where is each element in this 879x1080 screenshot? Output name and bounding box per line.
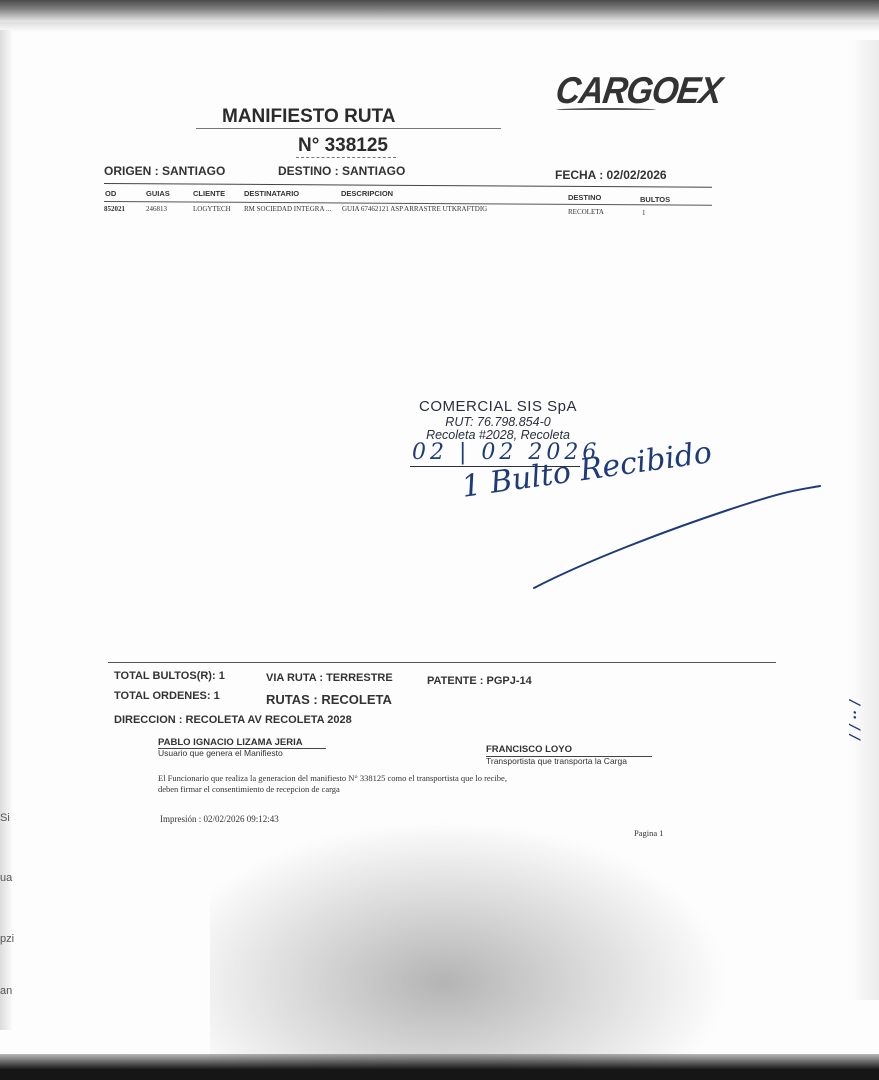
patente: PATENTE : PGPJ-14 [427,675,532,687]
issuer-name: PABLO IGNACIO LIZAMA JERIA [158,737,303,748]
total-ordenes: TOTAL ORDENES: 1 [114,690,220,702]
stamp-company: COMERCIAL SIS SpA [408,398,588,415]
stamp-rut: RUT: 76.798.854-0 [408,415,588,429]
column-header-od: OD [105,189,116,198]
total-bultos: TOTAL BULTOS(R): 1 [114,670,225,682]
scan-bottom-shadow [0,1054,879,1080]
margin-fragment: ua [0,872,12,884]
column-header-destinatario: DESTINATARIO [244,189,299,198]
column-header-guias: GUIAS [146,189,170,198]
print-timestamp: Impresión : 02/02/2026 09:12:43 [160,814,279,824]
toner-smudge [210,820,730,1070]
carrier-name: FRANCISCO LOYO [486,744,572,755]
origin-field: ORIGEN : SANTIAGO [104,164,225,178]
legal-notice: El Funcionario que realiza la generacion… [158,773,507,795]
reception-stamp: COMERCIAL SIS SpA RUT: 76.798.854-0 Reco… [408,398,588,442]
cargoex-logo: CARGOEX [553,70,724,113]
destination-field: DESTINO : SANTIAGO [278,164,405,178]
margin-fragment: pzi [0,933,14,945]
scanned-page: Si ua pzi an CARGOEX MANIFIESTO RUTA N° … [0,0,879,1080]
cell-od: 852021 [104,205,125,213]
page-number: Pagina 1 [634,828,664,838]
paper-right-edge [849,40,879,1000]
legal-notice-line: deben firmar el consentimiento de recepc… [158,784,507,795]
title-divider [196,128,501,129]
document-title: MANIFIESTO RUTA [222,106,395,128]
direccion: DIRECCION : RECOLETA AV RECOLETA 2028 [114,714,352,726]
side-handwriting-mark: / ·· / / [846,700,862,740]
number-divider [296,157,396,158]
margin-fragment: Si [0,812,10,824]
cell-cliente: LOGYTECH [193,205,231,213]
cell-destino: RECOLETA [568,208,604,216]
column-header-bultos: BULTOS [640,195,670,204]
column-header-destino: DESTINO [568,193,601,202]
column-header-cliente: CLIENTE [193,189,225,198]
signature-stroke-icon [528,480,828,600]
logo-swoosh-icon [556,108,656,112]
via-ruta: VIA RUTA : TERRESTRE [266,672,393,684]
date-field: FECHA : 02/02/2026 [555,168,667,182]
margin-fragment: an [0,985,12,997]
summary-divider [108,662,776,663]
issuer-role: Usuario que genera el Manifiesto [158,748,283,758]
cell-bultos: 1 [642,209,646,217]
table-top-rule [104,183,712,188]
cell-destinatario: RM SOCIEDAD INTEGRA ... [244,205,331,213]
legal-notice-line: El Funcionario que realiza la generacion… [158,773,507,784]
rutas: RUTAS : RECOLETA [266,692,392,707]
cell-descripcion: GUIA 67462121 ASP ARRASTRE UTKRAFTDIG [342,205,487,213]
column-header-descripcion: DESCRIPCION [341,189,393,198]
scan-top-shadow [0,0,879,22]
cell-guias: 246813 [146,205,167,213]
manifest-number: N° 338125 [298,135,388,157]
carrier-role: Transportista que transporta la Carga [486,756,627,766]
